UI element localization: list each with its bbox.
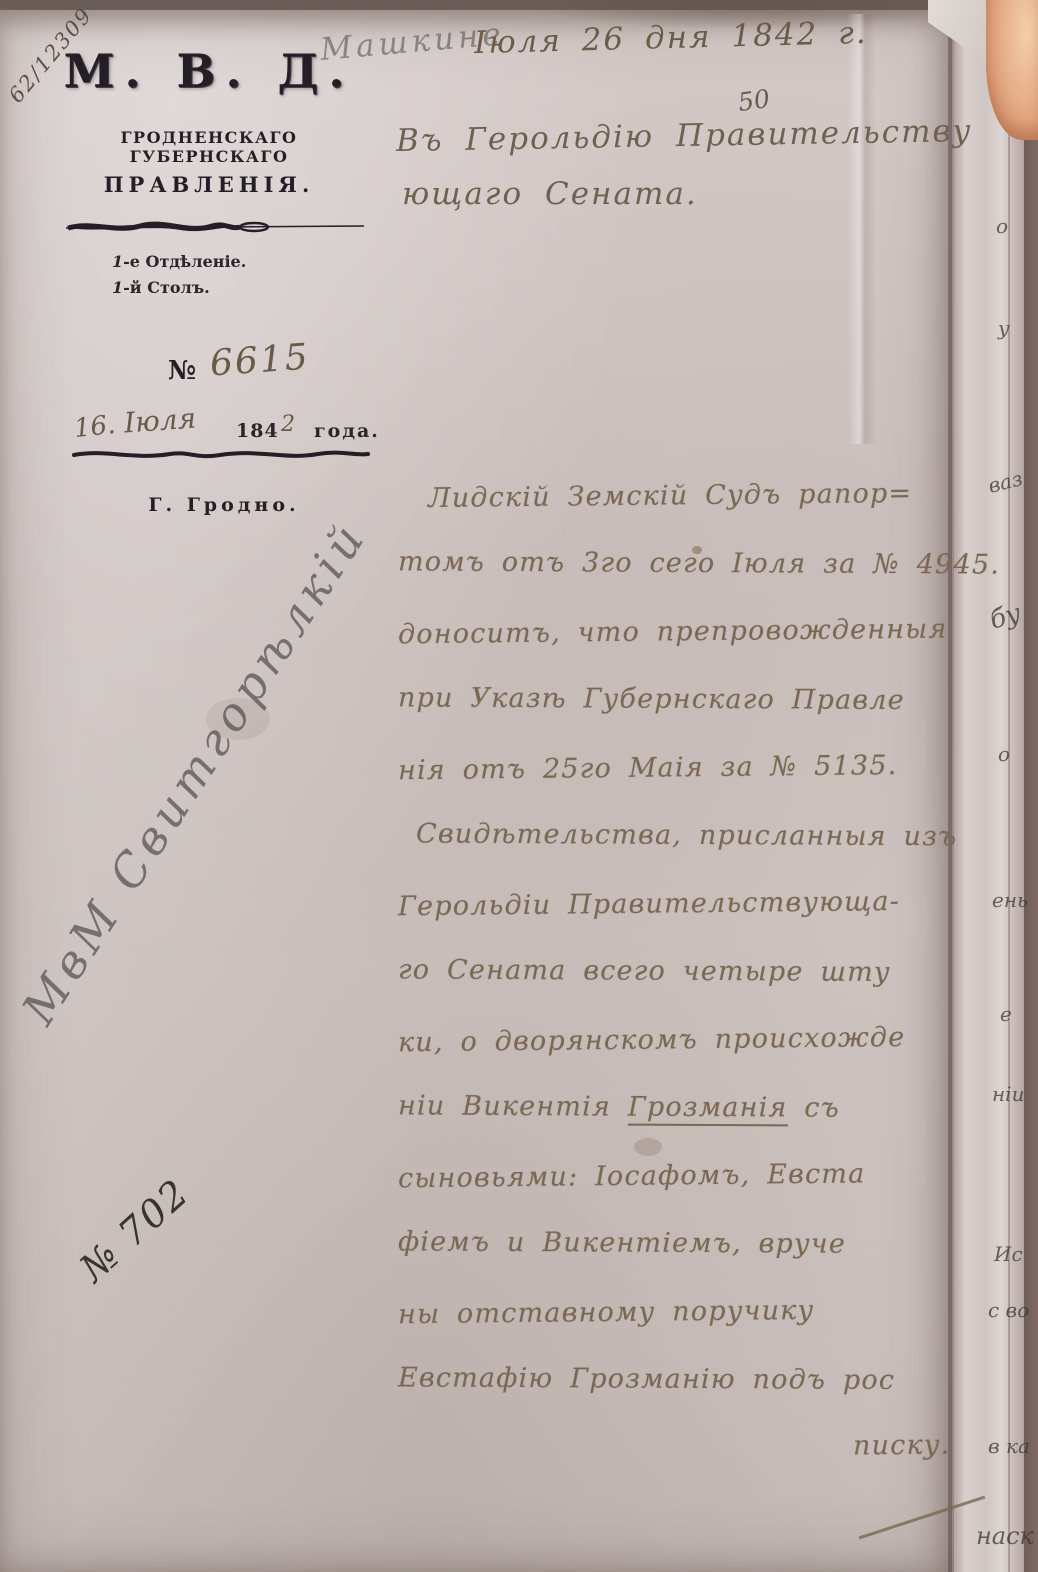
- number-sign-label: №: [168, 356, 196, 386]
- margin-fragment: е: [1000, 1002, 1012, 1026]
- body-line: ки, о дворянскомъ происхожде: [398, 1003, 1021, 1078]
- date-day: 16.: [73, 410, 117, 444]
- body-line: писку.: [398, 1411, 1021, 1486]
- folio-number: 50: [736, 84, 772, 117]
- margin-fragment: о: [998, 742, 1010, 766]
- body-line: Лидскій Земскій Судъ рапор=: [398, 459, 1021, 534]
- margin-fragment: в ка: [988, 1434, 1030, 1458]
- letter-body: Лидскій Земскій Судъ рапор= томъ отъ 3го…: [398, 462, 1020, 1482]
- body-line: томъ отъ 3го сего Іюля за № 4945.: [398, 528, 1020, 599]
- ministry-abbreviation: М. В. Д.: [48, 44, 370, 98]
- body-line: Герольдіи Правительствующа-: [398, 867, 1021, 942]
- body-line: ны отставному поручику: [398, 1275, 1021, 1350]
- ornament-divider: [64, 214, 368, 238]
- underlined-surname: Грозманія: [628, 1092, 788, 1127]
- margin-fragment: у: [998, 316, 1010, 340]
- date-year-printed: 184: [236, 420, 279, 442]
- document-number: 6615: [209, 337, 311, 385]
- wavy-divider: [70, 446, 374, 464]
- vertical-crease: [848, 14, 876, 444]
- body-line: фіемъ и Викентіемъ, вруче: [398, 1208, 1020, 1279]
- scanned-document-photo: 62/12309 Машкине М. В. Д. ГРОДНЕНСКАГО Г…: [0, 0, 1038, 1572]
- addressee-line2: ющаго Сената.: [402, 176, 698, 212]
- body-text: съ: [787, 1092, 839, 1123]
- city-line: Г. Гродно.: [102, 494, 346, 516]
- right-edge-shadow: [1022, 0, 1038, 1572]
- date-word-goda: года.: [314, 420, 380, 442]
- body-line: доноситъ, что препровожденныя: [398, 595, 1021, 670]
- desk-line: 1-й Столъ.: [112, 278, 210, 297]
- body-line: нія отъ 25го Маія за № 5135.: [398, 731, 1021, 806]
- body-line: Евстафію Грозманію подъ рос: [398, 1344, 1020, 1415]
- org-name-line1: ГРОДНЕНСКАГО ГУБЕРНСКАГО: [42, 128, 376, 166]
- margin-fragment: Ис: [994, 1242, 1023, 1266]
- date-year-handwritten: 2: [281, 412, 295, 437]
- body-line: Свидѣтельства, присланныя изъ: [398, 800, 1020, 871]
- body-text: ніи Викентія: [398, 1090, 628, 1122]
- body-line: го Сената всего четыре шту: [398, 936, 1020, 1007]
- org-name-line2: ПРАВЛЕНІЯ.: [42, 172, 376, 197]
- margin-fragment: наск: [976, 1522, 1034, 1550]
- margin-fragment: ень: [992, 888, 1028, 912]
- margin-fragment: ніи: [992, 1082, 1024, 1106]
- body-line: при Указѣ Губернскаго Правле: [398, 664, 1020, 735]
- date-month: Іюля: [123, 402, 197, 440]
- margin-fragment: о: [996, 214, 1008, 238]
- body-line-with-underline: ніи Викентія Грозманія съ: [398, 1072, 1020, 1143]
- department-line: 1-е Отдѣленіе.: [112, 252, 246, 271]
- margin-fragment: с во: [988, 1298, 1029, 1322]
- body-line: сыновьями: Іосафомъ, Евста: [398, 1139, 1021, 1214]
